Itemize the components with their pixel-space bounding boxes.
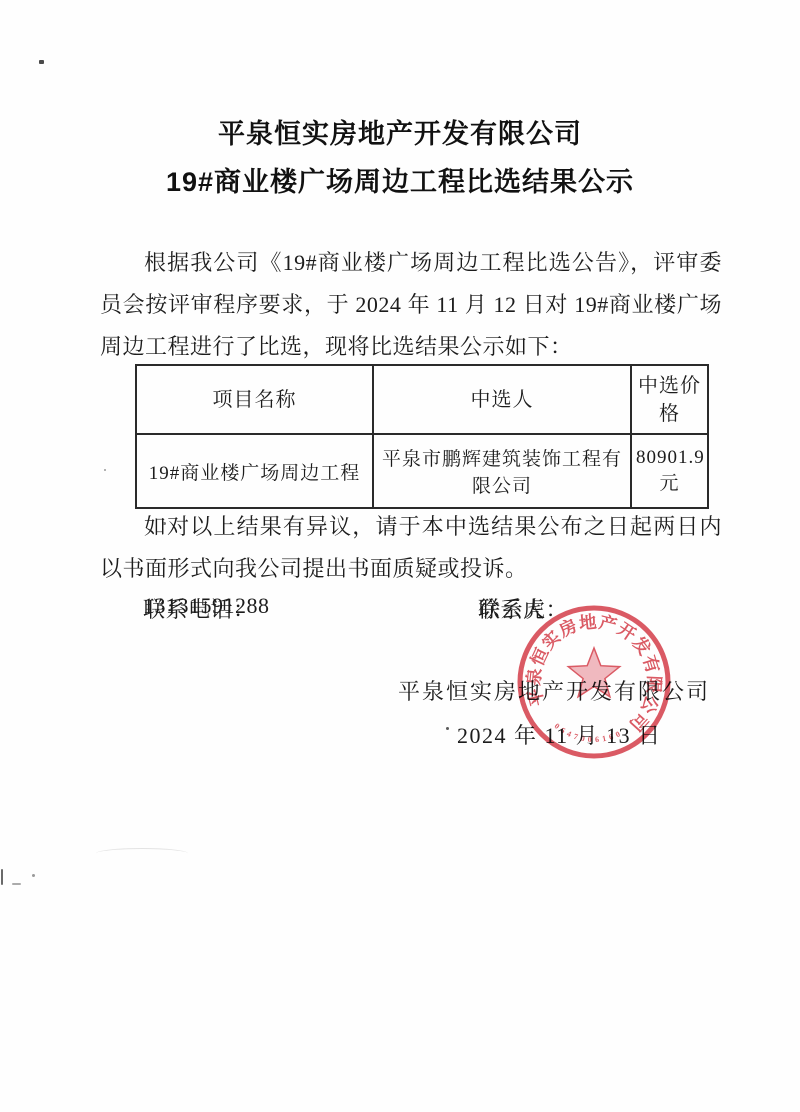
signature-company: 平泉恒实房地产开发有限公司	[398, 675, 710, 706]
scan-artifact	[1, 869, 3, 885]
table-row: 19#商业楼广场周边工程 平泉市鹏辉建筑装饰工程有限公司 80901.9 元	[136, 434, 708, 508]
intro-paragraph: 根据我公司《19#商业楼广场周边工程比选公告》，评审委员会按评审程序要求，于 2…	[100, 242, 722, 368]
cell-project-name: 19#商业楼广场周边工程	[136, 434, 373, 508]
document-title-company: 平泉恒实房地产开发有限公司	[0, 112, 800, 151]
result-table: 项目名称 中选人 中选价格 19#商业楼广场周边工程 平泉市鹏辉建筑装饰工程有限…	[135, 364, 709, 509]
scan-artifact	[39, 60, 44, 64]
scan-artifact	[104, 469, 106, 471]
column-header-selected-bidder: 中选人	[373, 365, 631, 434]
scan-artifact	[32, 874, 35, 877]
scan-artifact	[163, 522, 166, 525]
column-header-selected-price: 中选价格	[631, 365, 708, 434]
scan-artifact	[12, 883, 21, 885]
signature-date: 2024 年 11 月 13 日	[457, 719, 662, 750]
objection-paragraph: 如对以上结果有异议，请于本中选结果公布之日起两日内以书面形式向我公司提出书面质疑…	[100, 506, 722, 590]
table-header-row: 项目名称 中选人 中选价格	[136, 365, 708, 434]
contact-phone-number: 13131591288	[143, 593, 270, 619]
cell-selected-bidder: 平泉市鹏辉建筑装饰工程有限公司	[373, 434, 631, 508]
scan-artifact	[96, 848, 188, 859]
cell-selected-price: 80901.9 元	[631, 434, 708, 508]
document-title-subject: 19#商业楼广场周边工程比选结果公示	[0, 160, 800, 199]
column-header-project-name: 项目名称	[136, 365, 373, 434]
contact-person-name: 徐云虎	[478, 593, 546, 624]
scan-artifact	[446, 727, 449, 730]
document-page: 平泉恒实房地产开发有限公司 19#商业楼广场周边工程比选结果公示 根据我公司《1…	[0, 0, 800, 1112]
